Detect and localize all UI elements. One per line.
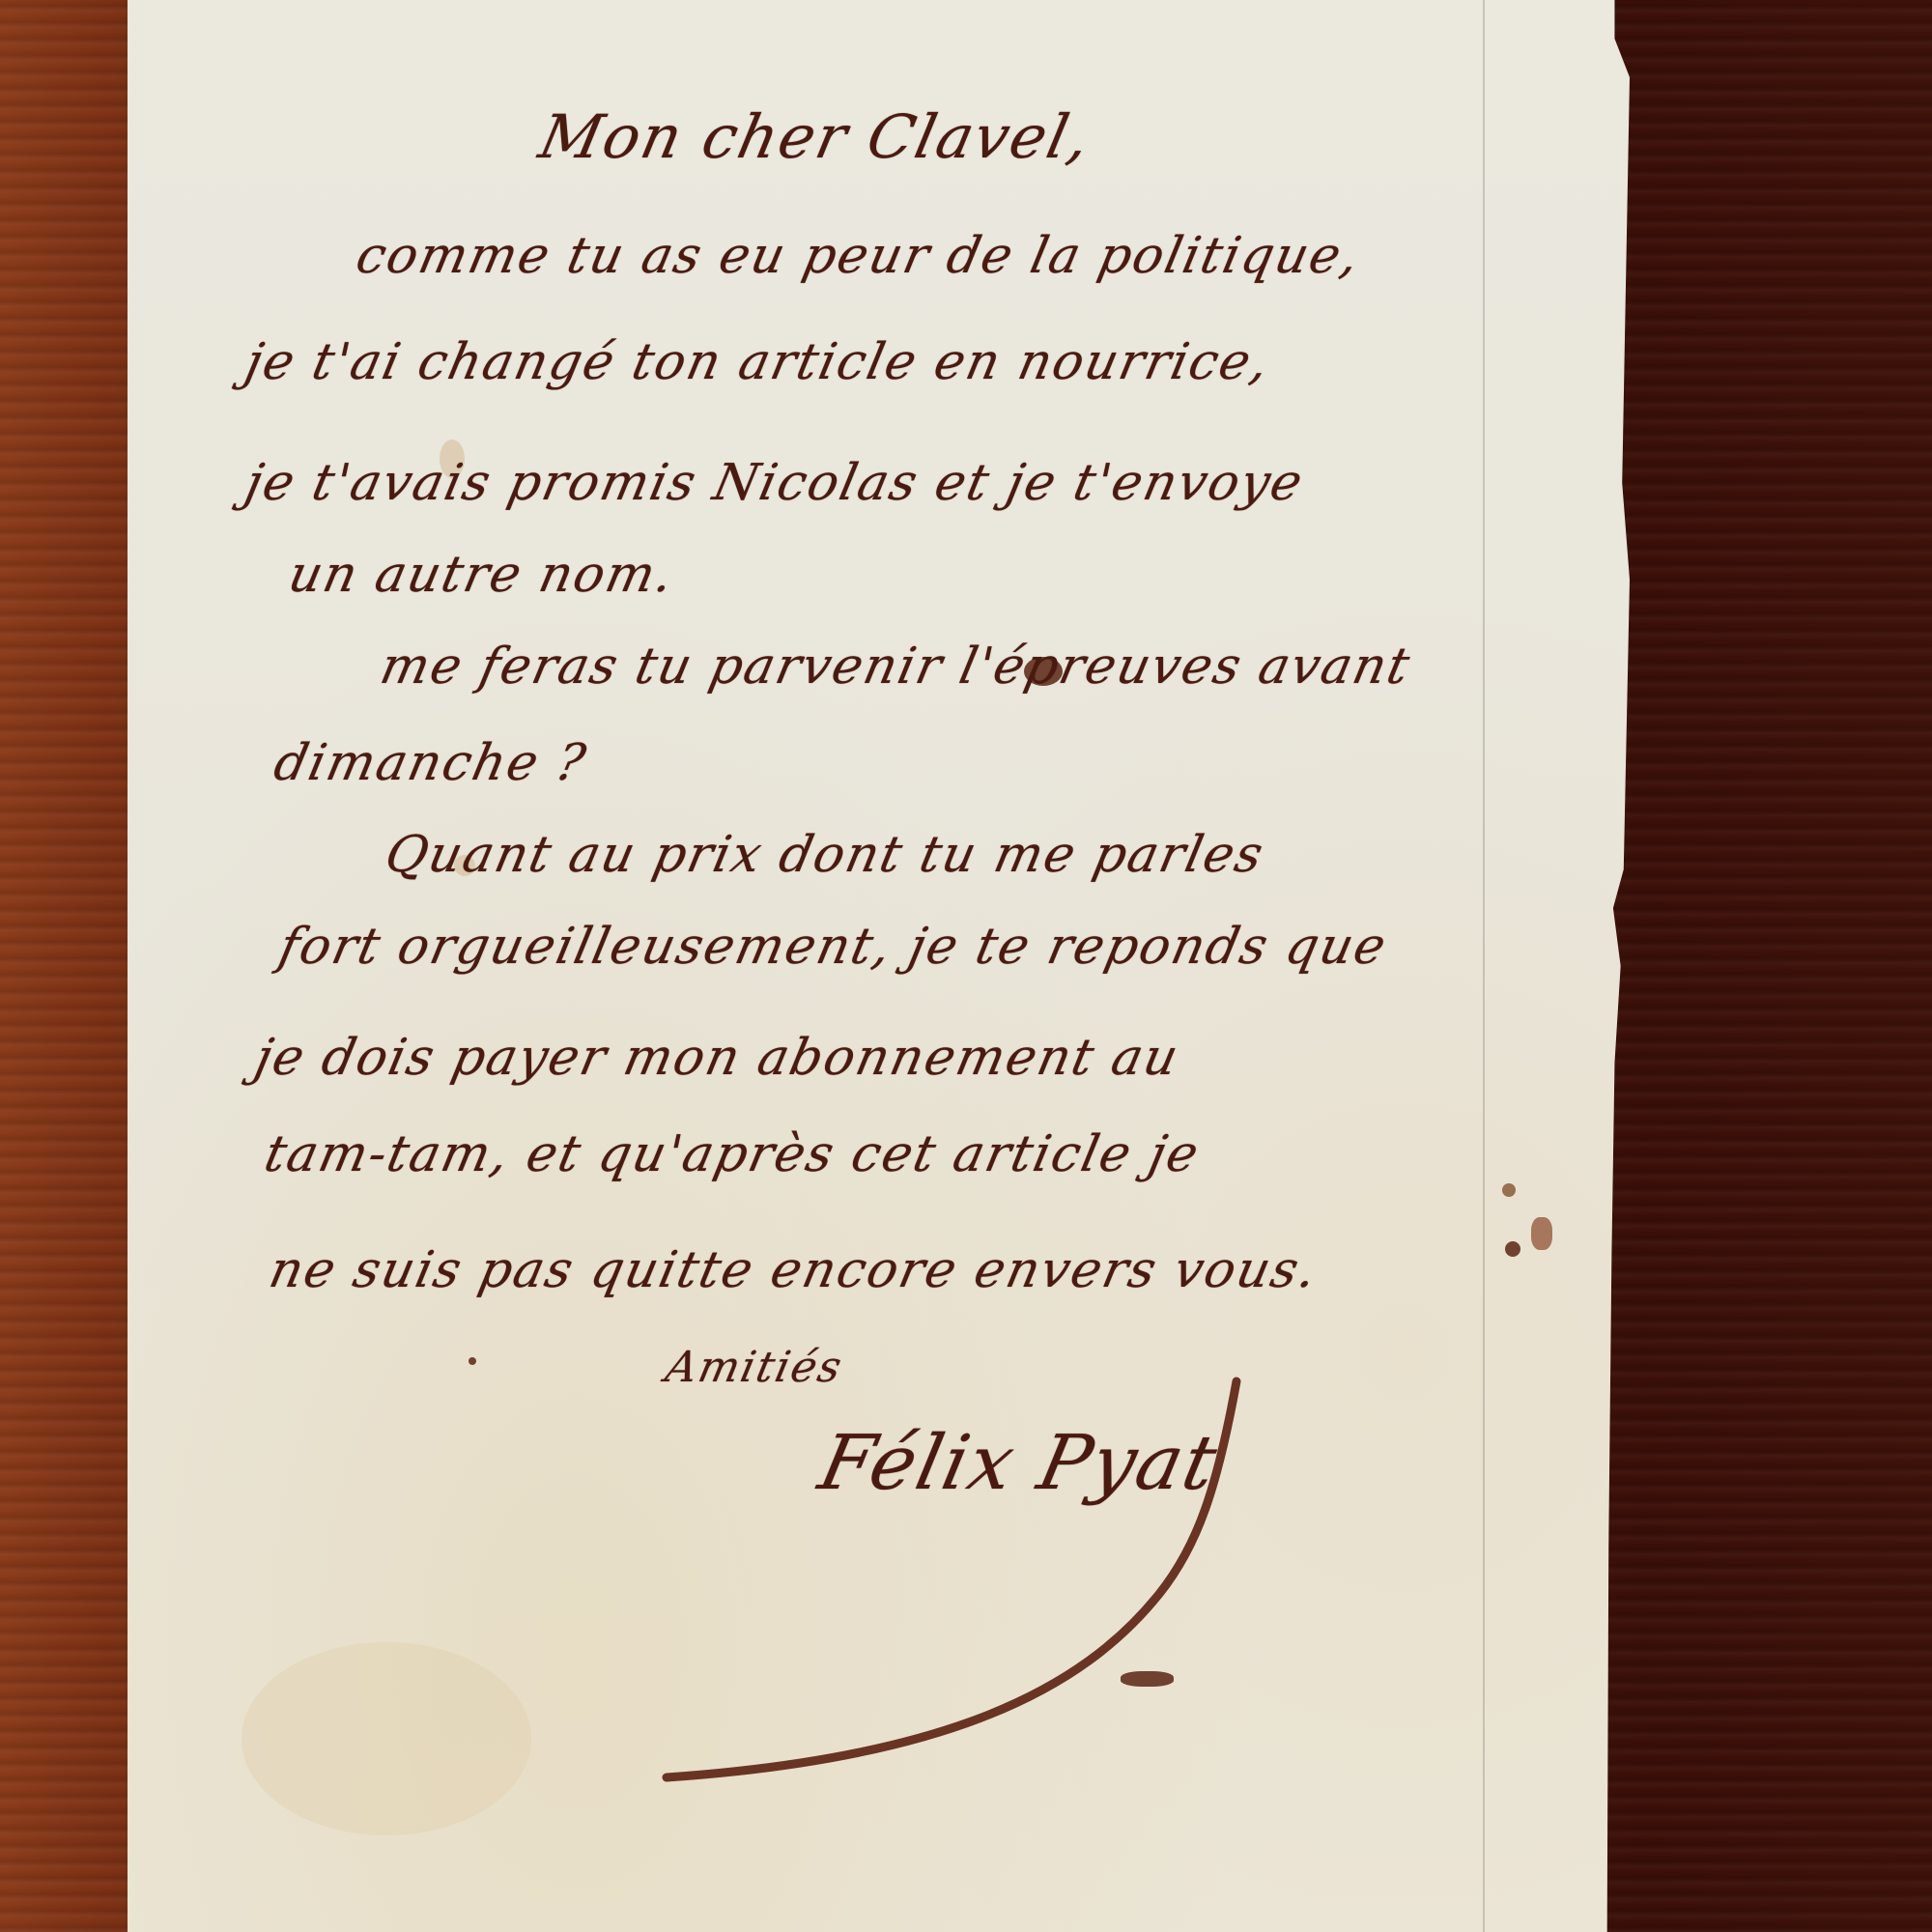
ink-blot: [469, 1357, 476, 1365]
letter-line: je t'avais promis Nicolas et je t'envoye: [241, 454, 1310, 512]
letter-line: me feras tu parvenir l'épreuves avant: [376, 638, 1416, 696]
paper-stain: [241, 1642, 531, 1835]
letter-line: un autre nom.: [284, 546, 680, 604]
letter-line: comme tu as eu peur de la politique,: [352, 227, 1366, 285]
letter-line: tam-tam, et qu'après cet article je: [260, 1125, 1206, 1183]
letter-line: fort orgueilleusement, je te reponds que: [274, 918, 1393, 976]
ink-blot: [1121, 1671, 1174, 1687]
letter-line: dimanche ?: [270, 734, 592, 792]
ink-blot: [1531, 1217, 1552, 1250]
letter-line: je t'ai changé ton article en nourrice,: [241, 333, 1276, 391]
paper-fold-line: [1483, 0, 1485, 1932]
letter-salutation: Mon cher Clavel,: [533, 101, 1097, 172]
letter-line: je dois payer mon abonnement au: [250, 1029, 1185, 1087]
ink-blot: [1502, 1183, 1516, 1197]
letter-signature: Félix Pyat: [811, 1420, 1225, 1507]
letter-closing: Amitiés: [662, 1343, 848, 1392]
letter-line: Quant au prix dont tu me parles: [381, 826, 1270, 884]
letter-line: ne suis pas quitte encore envers vous.: [265, 1241, 1323, 1299]
ink-blot: [1505, 1241, 1520, 1257]
